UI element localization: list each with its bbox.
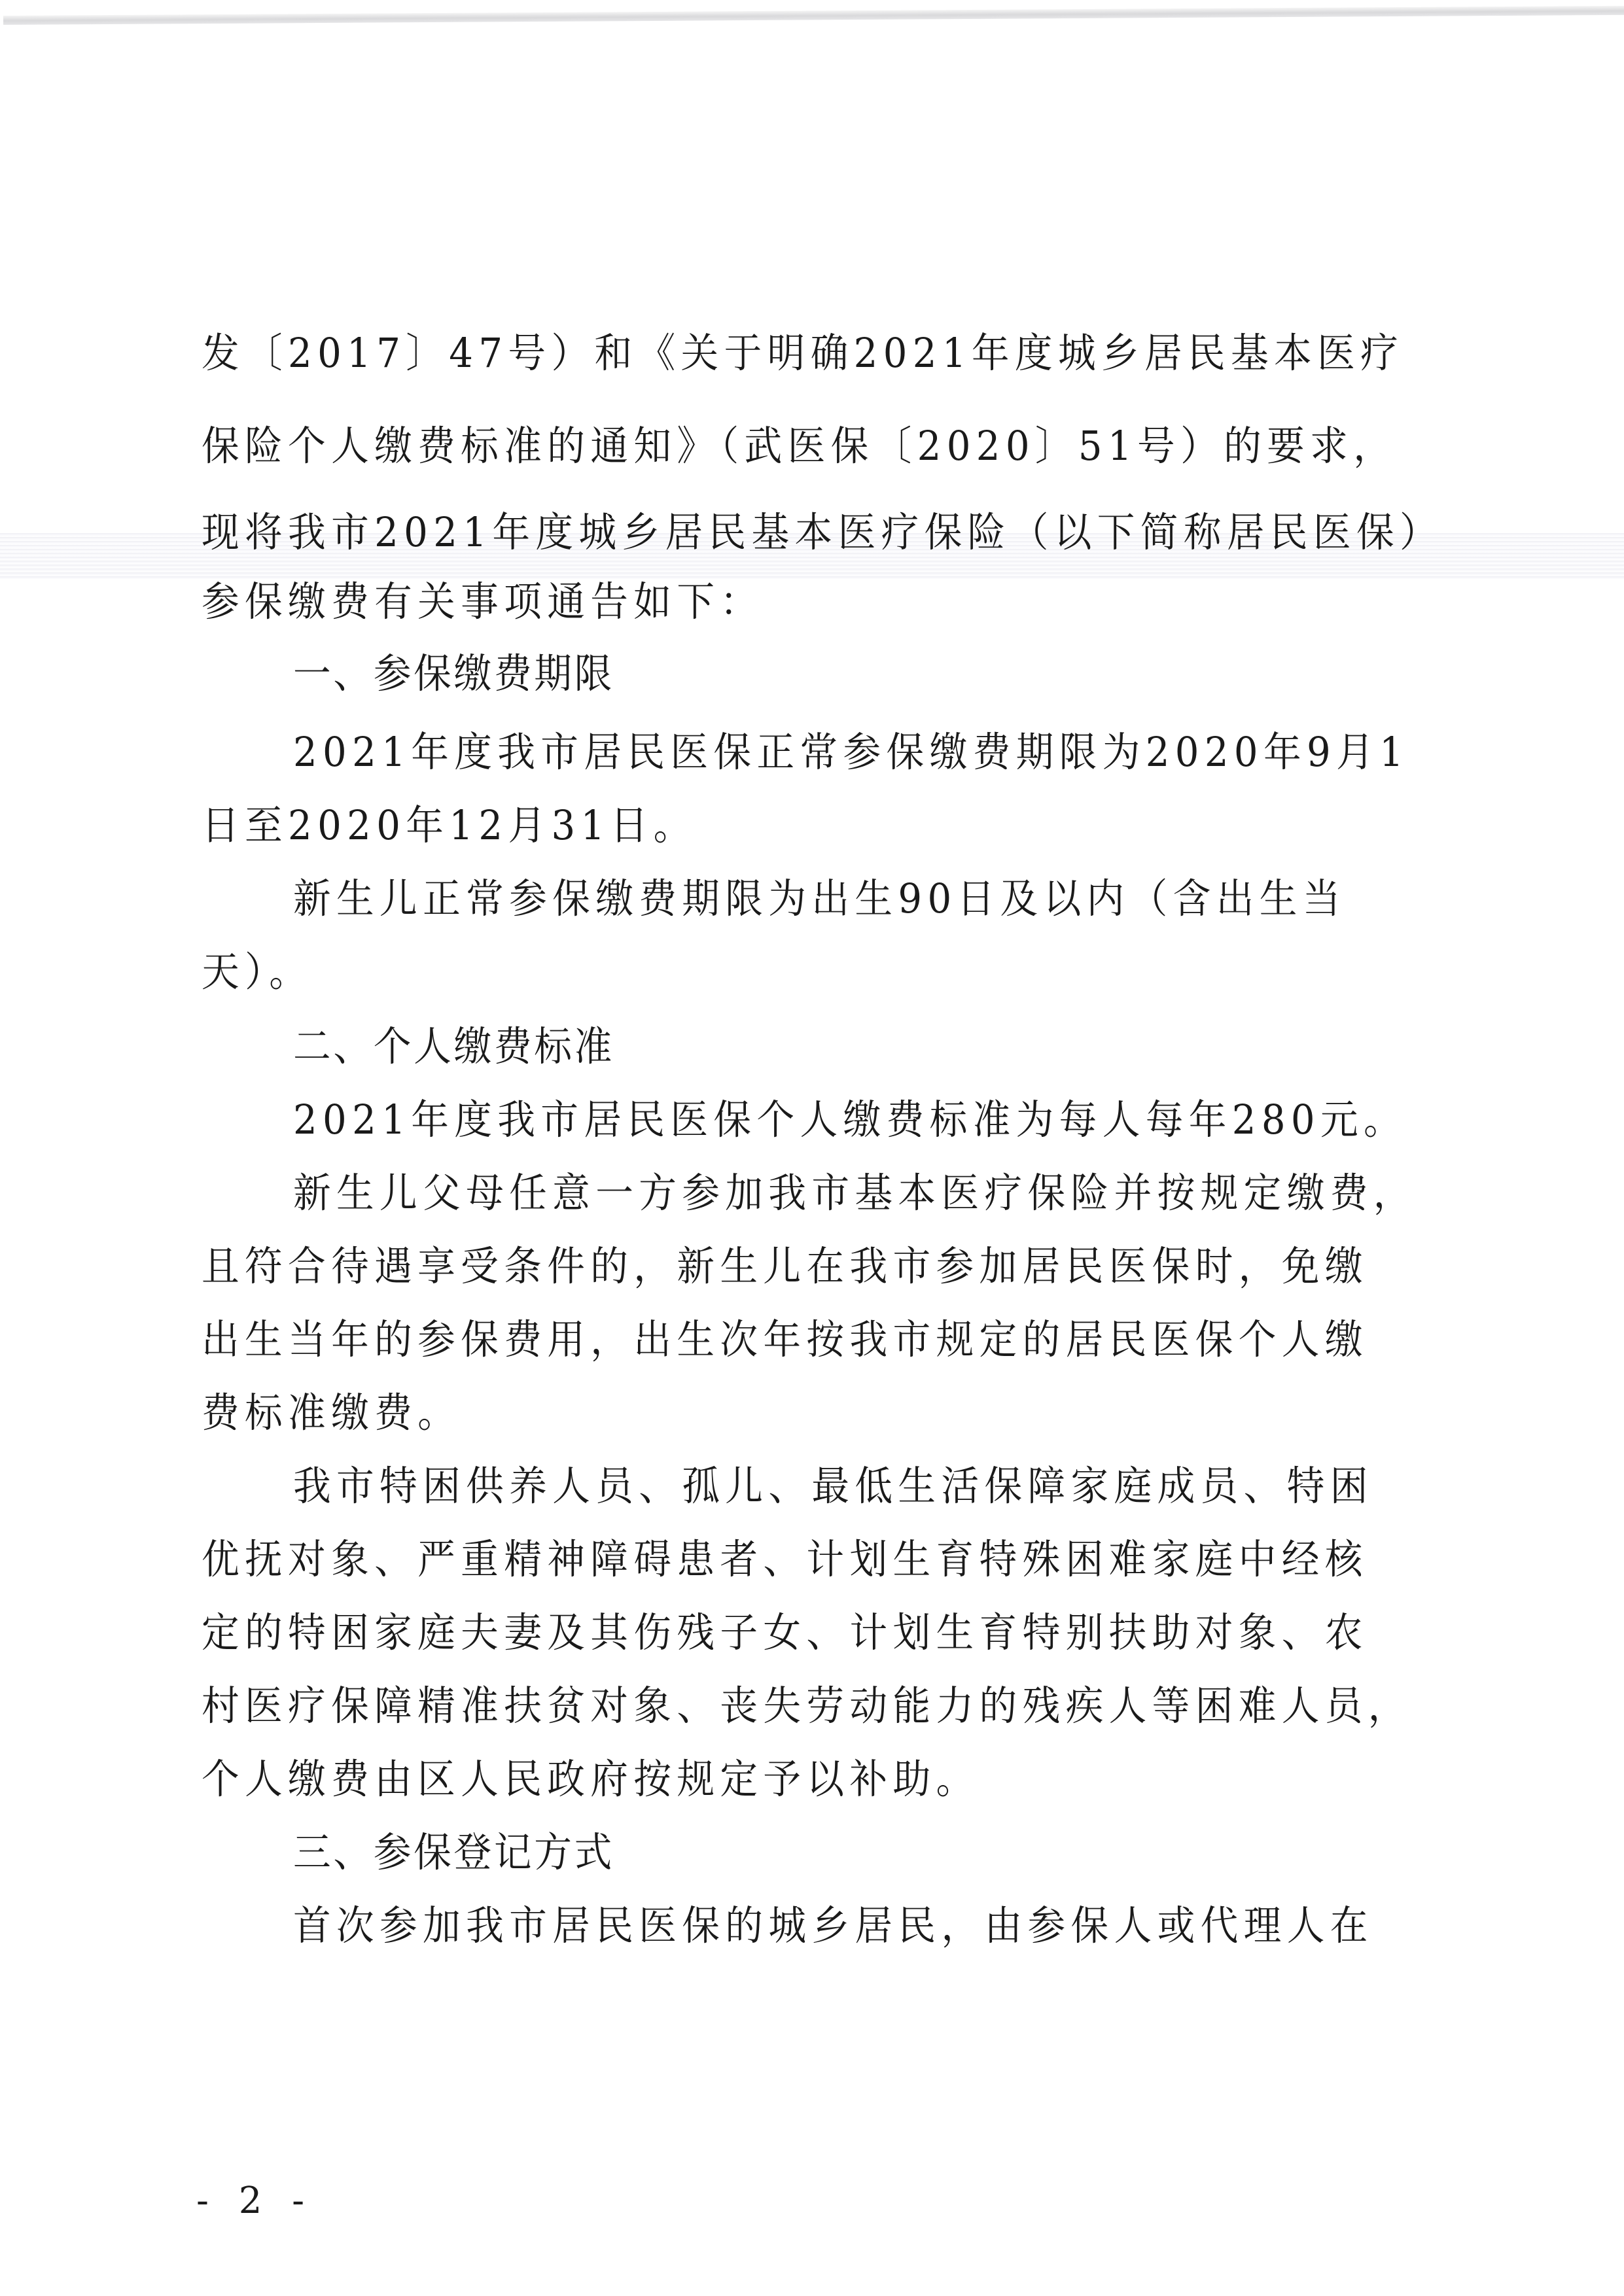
body-line: 2021年度我市居民医保正常参保缴费期限为2020年9月1 <box>293 726 1401 778</box>
section-heading-2: 二、个人缴费标准 <box>293 1020 1401 1073</box>
body-line: 日至2020年12月31日。 <box>202 799 1309 852</box>
body-line: 2021年度我市居民医保个人缴费标准为每人每年280元。 <box>293 1094 1401 1146</box>
section-heading-3: 三、参保登记方式 <box>293 1826 1401 1879</box>
body-line: 优抚对象、严重精神障碍患者、计划生育特殊困难家庭中经核 <box>202 1533 1309 1586</box>
page-number: - 2 - <box>196 2178 313 2224</box>
body-line: 且符合待遇享受条件的，新生儿在我市参加居民医保时，免缴 <box>202 1240 1309 1293</box>
body-line: 出生当年的参保费用，出生次年按我市规定的居民医保个人缴 <box>202 1313 1309 1366</box>
document-page: 发〔2017〕47号）和《关于明确2021年度城乡居民基本医疗 保险个人缴费标准… <box>0 0 1624 2296</box>
body-line: 天）。 <box>202 946 1309 998</box>
body-line: 我市特困供养人员、孤儿、最低生活保障家庭成员、特困 <box>293 1460 1401 1512</box>
body-line: 首次参加我市居民医保的城乡居民，由参保人或代理人在 <box>293 1900 1401 1952</box>
body-line: 新生儿正常参保缴费期限为出生90日及以内（含出生当 <box>293 873 1401 925</box>
body-line: 发〔2017〕47号）和《关于明确2021年度城乡居民基本医疗 <box>202 327 1309 379</box>
body-line: 定的特困家庭夫妻及其伤残子女、计划生育特别扶助对象、农 <box>202 1607 1309 1659</box>
body-line: 参保缴费有关事项通告如下： <box>202 576 1309 628</box>
section-heading-1: 一、参保缴费期限 <box>293 648 1401 700</box>
body-line: 新生儿父母任意一方参加我市基本医疗保险并按规定缴费， <box>293 1167 1401 1219</box>
body-line: 村医疗保障精准扶贫对象、丧失劳动能力的残疾人等困难人员， <box>202 1680 1309 1732</box>
body-line: 现将我市2021年度城乡居民基本医疗保险（以下简称居民医保） <box>202 506 1309 559</box>
body-line: 个人缴费由区人民政府按规定予以补助。 <box>202 1753 1309 1805</box>
body-line: 保险个人缴费标准的通知》（武医保〔2020〕51号）的要求， <box>202 420 1309 472</box>
body-line: 费标准缴费。 <box>202 1387 1309 1439</box>
